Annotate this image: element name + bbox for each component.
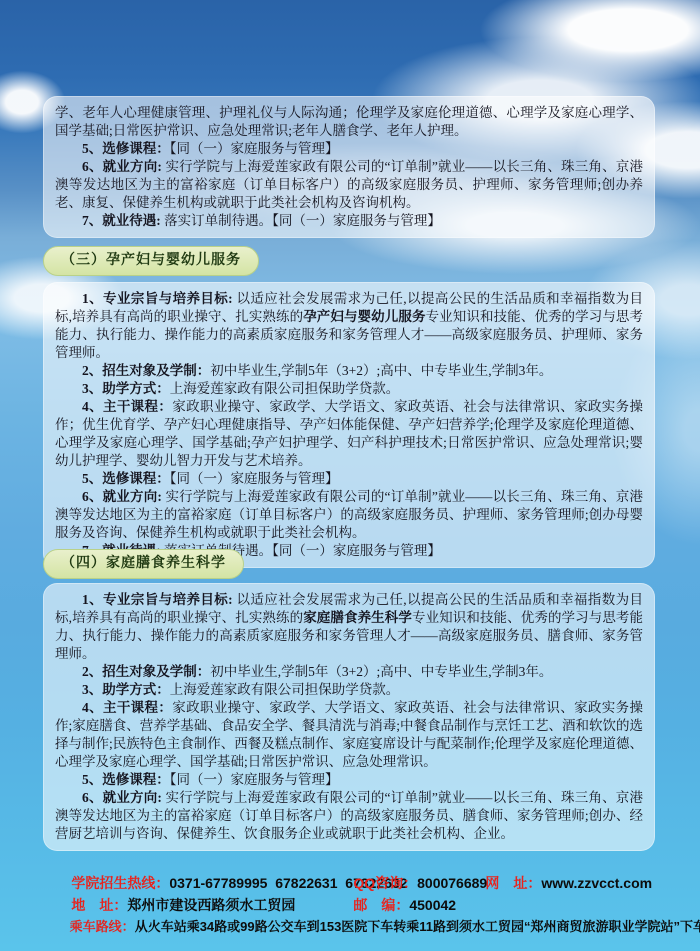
contact-footer: 学院招生热线：0371-67789995 67822631 67822632 Q… — [0, 0, 700, 951]
admissions-flyer-page: 学、老年人心理健康管理、护理礼仪与人际沟通；伦理学及家庭伦理道德、心理学及家庭心… — [0, 0, 700, 951]
bus-route-label: 乘车路线： — [70, 919, 135, 934]
bus-route-row: 乘车路线：从火车站乘34路或99路公交车到153医院下车转乘11路到须水工贸园“… — [48, 901, 700, 950]
website-url: www.zzvcct.com — [541, 875, 652, 891]
bus-route-value: 从火车站乘34路或99路公交车到153医院下车转乘11路到须水工贸园“郑州商贸旅… — [135, 919, 700, 934]
website-label: 网 址： — [485, 875, 541, 891]
